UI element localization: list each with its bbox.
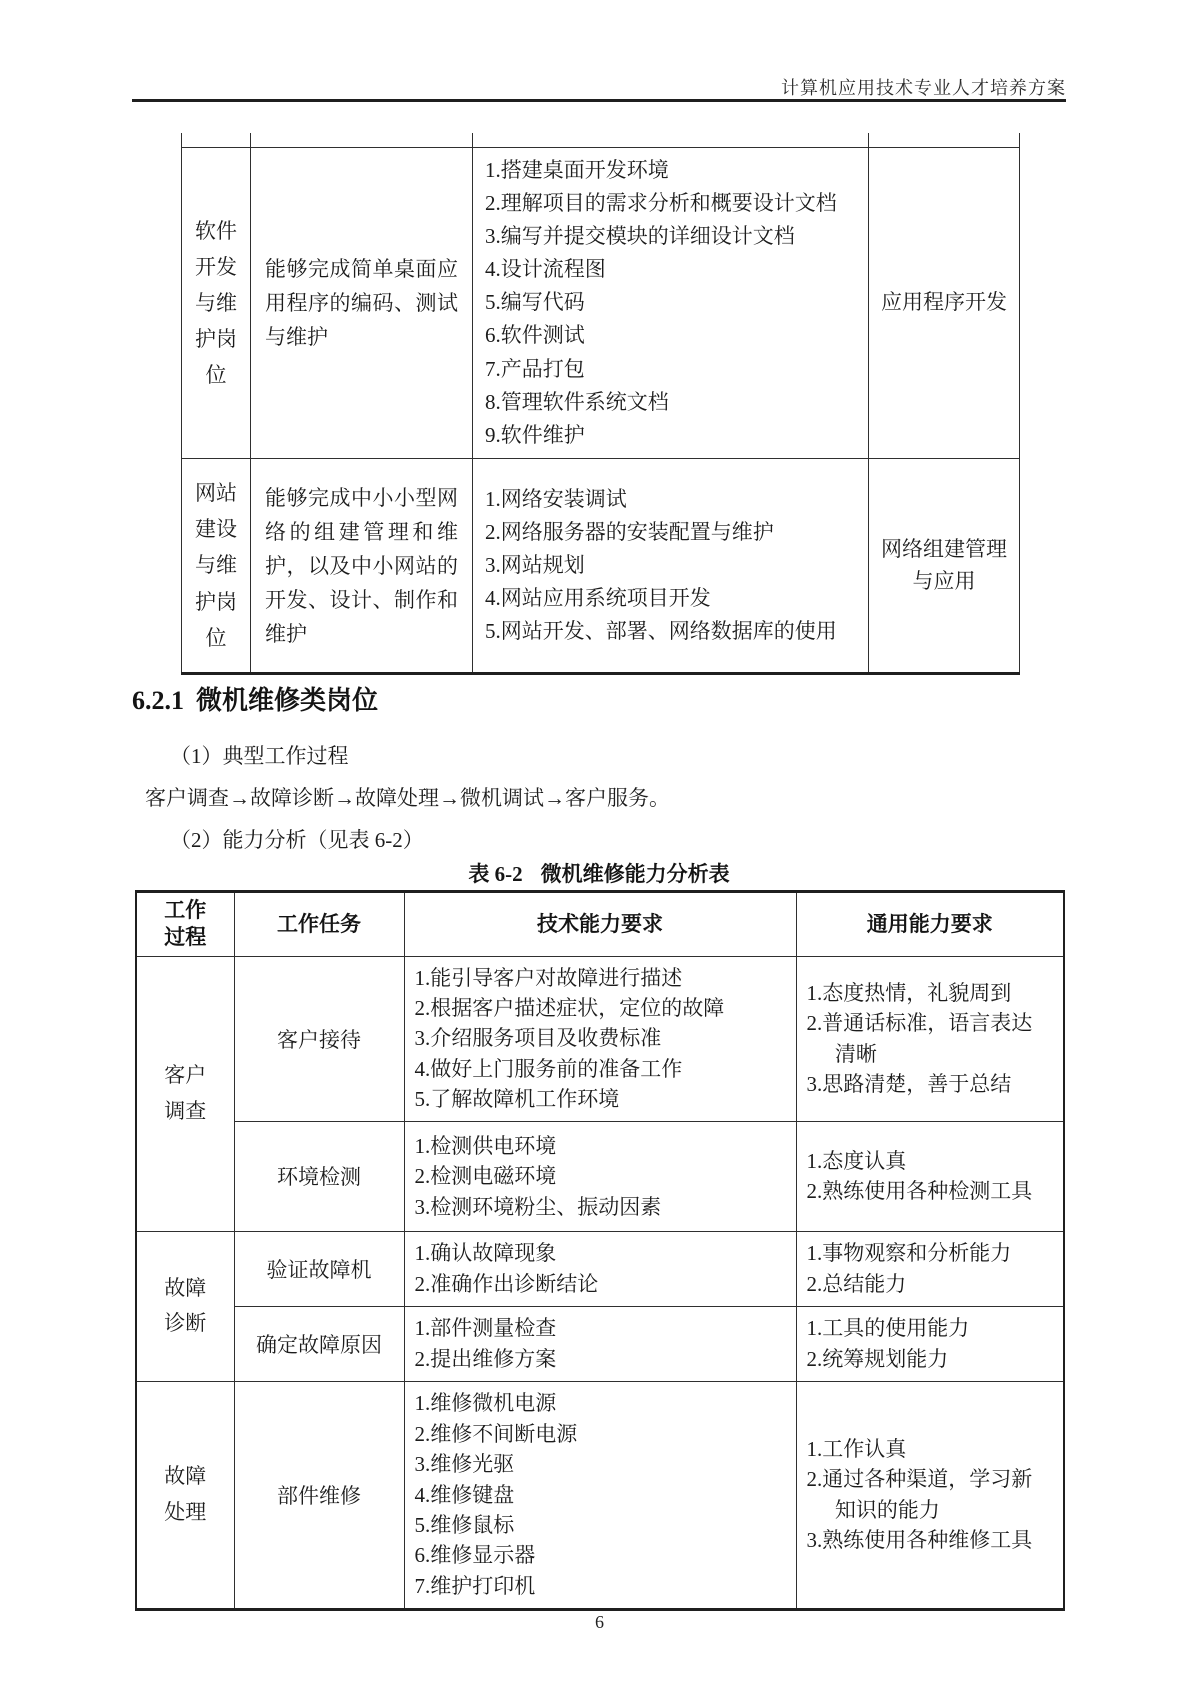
stub-cell <box>473 133 869 147</box>
list-item: 1.检测供电环境 <box>415 1131 786 1161</box>
paragraph-process-flow: 客户调查→故障诊断→故障处理→微机调试→客户服务。 <box>145 782 670 812</box>
task-cell: 部件维修 <box>234 1381 404 1609</box>
list-item: 2.根据客户描述症状，定位的故障 <box>415 993 786 1023</box>
position-course-cell: 应用程序开发 <box>869 147 1020 459</box>
list-item: 3.熟练使用各种维修工具 <box>807 1525 1054 1555</box>
position-capability-table: 软件开发与维护岗位 能够完成简单桌面应用程序的编码、测试与维护 1.搭建桌面开发… <box>181 133 1020 675</box>
tech-requirements-cell: 1.检测供电环境2.检测电磁环境3.检测环境粉尘、振动因素 <box>404 1121 796 1231</box>
task-cell: 验证故障机 <box>234 1231 404 1306</box>
tech-requirements-cell: 1.部件测量检查2.提出维修方案 <box>404 1306 796 1381</box>
list-item: 1.搭建桌面开发环境 <box>485 154 856 187</box>
list-item: 3.编写并提交模块的详细设计文档 <box>485 220 856 253</box>
list-item: 1.事物观察和分析能力 <box>807 1238 1054 1268</box>
list-item: 1.确认故障现象 <box>415 1238 786 1268</box>
list-item: 2.理解项目的需求分析和概要设计文档 <box>485 187 856 220</box>
list-item: 1.态度热情，礼貌周到 <box>807 978 1054 1008</box>
general-requirements-cell: 1.态度认真2.熟练使用各种检测工具 <box>796 1121 1064 1231</box>
list-item: 7.产品打包 <box>485 353 856 386</box>
general-requirements-cell: 1.工具的使用能力2.统筹规划能力 <box>796 1306 1064 1381</box>
stub-cell <box>182 133 251 147</box>
list-item: 4.网站应用系统项目开发 <box>485 582 856 615</box>
list-item: 2.熟练使用各种检测工具 <box>807 1176 1054 1206</box>
tech-requirements-cell: 1.维修微机电源2.维修不间断电源3.维修光驱4.维修键盘5.维修鼠标6.维修显… <box>404 1381 796 1609</box>
list-item: 3.检测环境粉尘、振动因素 <box>415 1192 786 1222</box>
table-row-software-dev: 软件开发与维护岗位 能够完成简单桌面应用程序的编码、测试与维护 1.搭建桌面开发… <box>182 147 1020 459</box>
list-item: 5.编写代码 <box>485 286 856 319</box>
list-item: 3.维修光驱 <box>415 1449 786 1479</box>
paragraph-ability-analysis: （2）能力分析（见表 6-2） <box>170 824 424 854</box>
table-row-stub <box>182 133 1020 147</box>
list-item: 2.准确作出诊断结论 <box>415 1269 786 1299</box>
list-item: 5.了解故障机工作环境 <box>415 1084 786 1114</box>
list-item: 1.工作认真 <box>807 1434 1054 1464</box>
capability-analysis-table: 工作过程 工作任务 技术能力要求 通用能力要求 客户调查 客户接待 1.能引导客… <box>135 890 1065 1611</box>
tech-requirements-cell: 1.能引导客户对故障进行描述2.根据客户描述症状，定位的故障3.介绍服务项目及收… <box>404 956 796 1121</box>
stub-cell <box>869 133 1020 147</box>
list-item: 2.总结能力 <box>807 1269 1054 1299</box>
position-name-cell: 软件开发与维护岗位 <box>182 147 251 459</box>
list-item: 1.工具的使用能力 <box>807 1313 1054 1343</box>
table-caption-label: 表 6-2 <box>468 862 522 886</box>
list-item: 4.做好上门服务前的准备工作 <box>415 1054 786 1084</box>
list-item: 5.网站开发、部署、网络数据库的使用 <box>485 615 856 648</box>
paragraph-typical-process: （1）典型工作过程 <box>170 740 349 770</box>
document-page: 计算机应用技术专业人才培养方案 软件开发与维护岗位 能够完成简单桌面应用程序的编… <box>0 0 1199 1696</box>
list-item: 9.软件维护 <box>485 419 856 452</box>
list-item: 5.维修鼠标 <box>415 1510 786 1540</box>
list-item: 1.部件测量检查 <box>415 1313 786 1343</box>
list-item: 6.维修显示器 <box>415 1540 786 1570</box>
table-row-verify-fault: 故障诊断 验证故障机 1.确认故障现象2.准确作出诊断结论 1.事物观察和分析能… <box>136 1231 1064 1306</box>
page-number: 6 <box>0 1612 1199 1633</box>
list-item: 4.维修键盘 <box>415 1480 786 1510</box>
table-header-row: 工作过程 工作任务 技术能力要求 通用能力要求 <box>136 892 1064 957</box>
position-tasks-cell: 1.搭建桌面开发环境2.理解项目的需求分析和概要设计文档3.编写并提交模块的详细… <box>473 147 869 459</box>
list-item: 2.维修不间断电源 <box>415 1419 786 1449</box>
stub-cell <box>251 133 473 147</box>
column-header-process: 工作过程 <box>136 892 234 957</box>
table-caption: 表 6-2微机维修能力分析表 <box>132 858 1066 888</box>
column-header-tech: 技术能力要求 <box>404 892 796 957</box>
header-rule <box>132 99 1066 102</box>
general-requirements-cell: 1.事物观察和分析能力2.总结能力 <box>796 1231 1064 1306</box>
table-caption-title: 微机维修能力分析表 <box>541 863 730 886</box>
section-heading: 6.2.1微机维修类岗位 <box>132 680 378 717</box>
list-item: 2.网络服务器的安装配置与维护 <box>485 516 856 549</box>
table-row-customer-reception: 客户调查 客户接待 1.能引导客户对故障进行描述2.根据客户描述症状，定位的故障… <box>136 956 1064 1121</box>
column-header-general: 通用能力要求 <box>796 892 1064 957</box>
table-row-parts-repair: 故障处理 部件维修 1.维修微机电源2.维修不间断电源3.维修光驱4.维修键盘5… <box>136 1381 1064 1609</box>
position-tasks-cell: 1.网络安装调试2.网络服务器的安装配置与维护3.网站规划4.网站应用系统项目开… <box>473 459 869 674</box>
list-item: 2.提出维修方案 <box>415 1344 786 1374</box>
task-cell: 客户接待 <box>234 956 404 1121</box>
column-header-task: 工作任务 <box>234 892 404 957</box>
task-cell: 确定故障原因 <box>234 1306 404 1381</box>
list-item: 2.普通话标准，语言表达清晰 <box>807 1008 1054 1069</box>
position-name: 软件开发与维护岗位 <box>195 213 237 394</box>
table-row-determine-cause: 确定故障原因 1.部件测量检查2.提出维修方案 1.工具的使用能力2.统筹规划能… <box>136 1306 1064 1381</box>
process-label: 客户调查 <box>164 1058 206 1129</box>
table-row-environment-check: 环境检测 1.检测供电环境2.检测电磁环境3.检测环境粉尘、振动因素 1.态度认… <box>136 1121 1064 1231</box>
list-item: 8.管理软件系统文档 <box>485 386 856 419</box>
general-requirements-cell: 1.态度热情，礼貌周到2.普通话标准，语言表达清晰3.思路清楚，善于总结 <box>796 956 1064 1121</box>
list-item: 4.设计流程图 <box>485 253 856 286</box>
section-number: 6.2.1 <box>132 686 184 715</box>
list-item: 3.网站规划 <box>485 549 856 582</box>
list-item: 1.网络安装调试 <box>485 483 856 516</box>
running-header: 计算机应用技术专业人才培养方案 <box>132 74 1066 100</box>
process-cell: 故障诊断 <box>136 1231 234 1381</box>
process-label: 故障处理 <box>164 1459 206 1530</box>
list-item: 2.通过各种渠道，学习新知识的能力 <box>807 1464 1054 1525</box>
list-item: 2.统筹规划能力 <box>807 1344 1054 1374</box>
tech-requirements-cell: 1.确认故障现象2.准确作出诊断结论 <box>404 1231 796 1306</box>
list-item: 1.维修微机电源 <box>415 1388 786 1418</box>
task-cell: 环境检测 <box>234 1121 404 1231</box>
position-ability-cell: 能够完成中小小型网络的组建管理和维护，以及中小网站的开发、设计、制作和维护 <box>251 459 473 674</box>
position-course-cell: 网络组建管理与应用 <box>869 459 1020 674</box>
list-item: 1.能引导客户对故障进行描述 <box>415 963 786 993</box>
general-requirements-cell: 1.工作认真2.通过各种渠道，学习新知识的能力3.熟练使用各种维修工具 <box>796 1381 1064 1609</box>
list-item: 3.介绍服务项目及收费标准 <box>415 1023 786 1053</box>
list-item: 6.软件测试 <box>485 319 856 352</box>
table-row-website-build: 网站建设与维护岗位 能够完成中小小型网络的组建管理和维护，以及中小网站的开发、设… <box>182 459 1020 674</box>
section-title: 微机维修类岗位 <box>196 685 378 715</box>
list-item: 3.思路清楚，善于总结 <box>807 1069 1054 1099</box>
position-name-cell: 网站建设与维护岗位 <box>182 459 251 674</box>
position-ability-cell: 能够完成简单桌面应用程序的编码、测试与维护 <box>251 147 473 459</box>
process-label: 故障诊断 <box>164 1271 206 1342</box>
list-item: 7.维护打印机 <box>415 1571 786 1601</box>
process-cell: 故障处理 <box>136 1381 234 1609</box>
process-cell: 客户调查 <box>136 956 234 1231</box>
list-item: 1.态度认真 <box>807 1146 1054 1176</box>
list-item: 2.检测电磁环境 <box>415 1161 786 1191</box>
position-name: 网站建设与维护岗位 <box>195 475 237 656</box>
